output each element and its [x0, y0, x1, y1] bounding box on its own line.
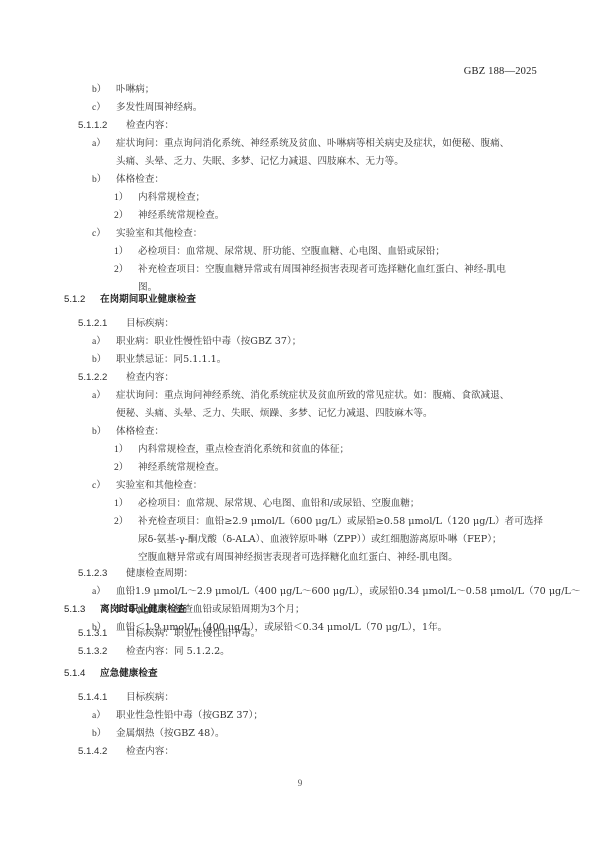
line-text: 症状询问：重点询问神经系统、消化系统症状及贫血所致的常见症状。如：腹痛、食欲减退… [116, 390, 509, 401]
list-marker: 1） [114, 245, 138, 258]
clause-number: 5.1.4.2 [78, 745, 126, 758]
clause-heading: 5.1.3.2检查内容：同 5.1.2.2。 [78, 645, 230, 658]
line-text: 神经系统常规检查。 [138, 462, 224, 473]
line-text: 检查内容：同 5.1.2.2。 [126, 646, 230, 657]
list-marker: b） [92, 425, 116, 438]
line-text: 检查内容： [126, 746, 174, 757]
line-text: 卟啉病； [116, 84, 154, 95]
line-text: 实验室和其他检查： [116, 480, 202, 491]
line-text: 便秘、头痛、头晕、乏力、失眠、烦躁、多梦、记忆力减退、四肢麻木等。 [116, 408, 433, 419]
list-item-continuation: 空腹血糖异常或有周围神经损害表现者可选择糖化血红蛋白、神经-肌电图。 [138, 551, 458, 564]
line-text: 空腹血糖异常或有周围神经损害表现者可选择糖化血红蛋白、神经-肌电图。 [138, 552, 458, 563]
list-item: c）实验室和其他检查： [92, 227, 202, 240]
clause-heading: 5.1.2.1目标疾病： [78, 317, 174, 330]
line-text: 内科常规检查，重点检查消化系统和贫血的体征； [138, 444, 349, 455]
list-item-continuation: 头痛、头晕、乏力、失眠、多梦、记忆力减退、四肢麻木、无力等。 [116, 155, 404, 168]
list-item: 1）内科常规检查； [114, 191, 205, 204]
line-text: 必检项目：血常规、尿常规、心电图、血铅和/或尿铅、空腹血糖； [138, 498, 419, 509]
list-item: a）血铅1.9 μmol/L～2.9 μmol/L（400 μg/L～600 μ… [92, 585, 580, 598]
list-marker: b） [92, 353, 116, 366]
section-title: 应急健康检查 [100, 668, 158, 679]
list-item: a）症状询问：重点询问神经系统、消化系统症状及贫血所致的常见症状。如：腹痛、食欲… [92, 389, 509, 402]
line-text: 症状询问：重点询问消化系统、神经系统及贫血、卟啉病等相关病史及症状，如便秘、腹痛… [116, 138, 509, 149]
line-text: 检查内容： [126, 120, 174, 131]
list-marker: 2） [114, 209, 138, 222]
list-marker: b） [92, 173, 116, 186]
line-text: 血铅1.9 μmol/L～2.9 μmol/L（400 μg/L～600 μg/… [116, 586, 580, 597]
list-marker: c） [92, 227, 116, 240]
list-item: c）多发性周围神经病。 [92, 101, 202, 114]
list-item: c）实验室和其他检查： [92, 479, 202, 492]
list-marker: c） [92, 479, 116, 492]
clause-number: 5.1.2.3 [78, 567, 126, 580]
list-item: 2）神经系统常规检查。 [114, 461, 224, 474]
clause-heading: 5.1.1.2检查内容： [78, 119, 174, 132]
list-item: a）职业性急性铅中毒（按GBZ 37）； [92, 709, 263, 722]
list-marker: b） [92, 83, 116, 96]
line-text: 内科常规检查； [138, 192, 205, 203]
list-item: 2）神经系统常规检查。 [114, 209, 224, 222]
list-item: a）症状询问：重点询问消化系统、神经系统及贫血、卟啉病等相关病史及症状，如便秘、… [92, 137, 509, 150]
line-text: 图。 [138, 282, 157, 293]
list-item: 1）必检项目：血常规、尿常规、肝功能、空腹血糖、心电图、血铅或尿铅； [114, 245, 445, 258]
list-item: b）体格检查： [92, 173, 164, 186]
list-marker: a） [92, 335, 116, 348]
line-text: 目标疾病： [126, 318, 174, 329]
list-item: 2）补充检查项目：空腹血糖异常或有周围神经损害表现者可选择糖化血红蛋白、神经-肌… [114, 263, 506, 276]
line-text: 检查内容： [126, 372, 174, 383]
clause-number: 5.1.1.2 [78, 119, 126, 132]
section-title: 离岗时职业健康检查 [100, 604, 186, 615]
line-text: 实验室和其他检查： [116, 228, 202, 239]
list-marker: a） [92, 709, 116, 722]
line-text: 职业性急性铅中毒（按GBZ 37）； [116, 710, 263, 721]
section-heading: 5.1.3离岗时职业健康检查 [64, 603, 186, 616]
line-text: 健康检查周期： [126, 568, 193, 579]
list-item: b）职业禁忌证：同5.1.1.1。 [92, 353, 226, 366]
list-item-continuation: 尿δ-氨基-γ-酮戊酸（δ-ALA）、血液锌原卟啉（ZPP））或红细胞游离原卟啉… [138, 533, 502, 546]
list-item: 2）补充检查项目：血铅≥2.9 μmol/L（600 μg/L）或尿铅≥0.58… [114, 515, 543, 528]
line-text: 金属烟热（按GBZ 48）。 [116, 728, 225, 739]
line-text: 多发性周围神经病。 [116, 102, 202, 113]
clause-number: 5.1.3.1 [78, 627, 126, 640]
line-text: 体格检查： [116, 426, 164, 437]
line-text: 体格检查： [116, 174, 164, 185]
document-code-header: GBZ 188—2025 [464, 66, 537, 77]
list-marker: 2） [114, 263, 138, 276]
list-marker: a） [92, 389, 116, 402]
list-marker: a） [92, 585, 116, 598]
clause-number: 5.1.3.2 [78, 645, 126, 658]
list-marker: 2） [114, 515, 138, 528]
line-text: 头痛、头晕、乏力、失眠、多梦、记忆力减退、四肢麻木、无力等。 [116, 156, 404, 167]
clause-number: 5.1.4.1 [78, 691, 126, 704]
line-text: 目标疾病：职业性慢性铅中毒。 [126, 628, 260, 639]
section-title: 在岗期间职业健康检查 [100, 294, 196, 305]
clause-number: 5.1.2.1 [78, 317, 126, 330]
clause-heading: 5.1.3.1目标疾病：职业性慢性铅中毒。 [78, 627, 260, 640]
list-item: a）职业病：职业性慢性铅中毒（按GBZ 37）； [92, 335, 301, 348]
line-text: 补充检查项目：血铅≥2.9 μmol/L（600 μg/L）或尿铅≥0.58 μ… [138, 516, 543, 527]
line-text: 补充检查项目：空腹血糖异常或有周围神经损害表现者可选择糖化血红蛋白、神经-肌电 [138, 264, 506, 275]
section-heading: 5.1.4应急健康检查 [64, 667, 158, 680]
list-marker: 1） [114, 191, 138, 204]
list-marker: a） [92, 137, 116, 150]
line-text: 职业禁忌证：同5.1.1.1。 [116, 354, 226, 365]
section-heading: 5.1.2在岗期间职业健康检查 [64, 293, 196, 306]
list-marker: 1） [114, 443, 138, 456]
section-number: 5.1.4 [64, 667, 100, 680]
page-number: 9 [0, 778, 600, 788]
section-number: 5.1.3 [64, 603, 100, 616]
list-marker: c） [92, 101, 116, 114]
document-page: GBZ 188—2025 b）卟啉病；c）多发性周围神经病。5.1.1.2检查内… [0, 0, 600, 848]
line-text: 必检项目：血常规、尿常规、肝功能、空腹血糖、心电图、血铅或尿铅； [138, 246, 445, 257]
list-marker: b） [92, 727, 116, 740]
clause-heading: 5.1.4.2检查内容： [78, 745, 174, 758]
list-item: b）体格检查： [92, 425, 164, 438]
clause-heading: 5.1.2.2检查内容： [78, 371, 174, 384]
clause-number: 5.1.2.2 [78, 371, 126, 384]
line-text: 尿δ-氨基-γ-酮戊酸（δ-ALA）、血液锌原卟啉（ZPP））或红细胞游离原卟啉… [138, 534, 502, 545]
list-item: 1）必检项目：血常规、尿常规、心电图、血铅和/或尿铅、空腹血糖； [114, 497, 419, 510]
line-text: 职业病：职业性慢性铅中毒（按GBZ 37）； [116, 336, 301, 347]
line-text: 目标疾病： [126, 692, 174, 703]
line-text: 神经系统常规检查。 [138, 210, 224, 221]
list-marker: 2） [114, 461, 138, 474]
clause-heading: 5.1.4.1目标疾病： [78, 691, 174, 704]
list-item: b）卟啉病； [92, 83, 154, 96]
list-item-continuation: 便秘、头痛、头晕、乏力、失眠、烦躁、多梦、记忆力减退、四肢麻木等。 [116, 407, 433, 420]
clause-heading: 5.1.2.3健康检查周期： [78, 567, 193, 580]
list-item: b）金属烟热（按GBZ 48）。 [92, 727, 225, 740]
list-item: 1）内科常规检查，重点检查消化系统和贫血的体征； [114, 443, 349, 456]
section-number: 5.1.2 [64, 293, 100, 306]
list-marker: 1） [114, 497, 138, 510]
